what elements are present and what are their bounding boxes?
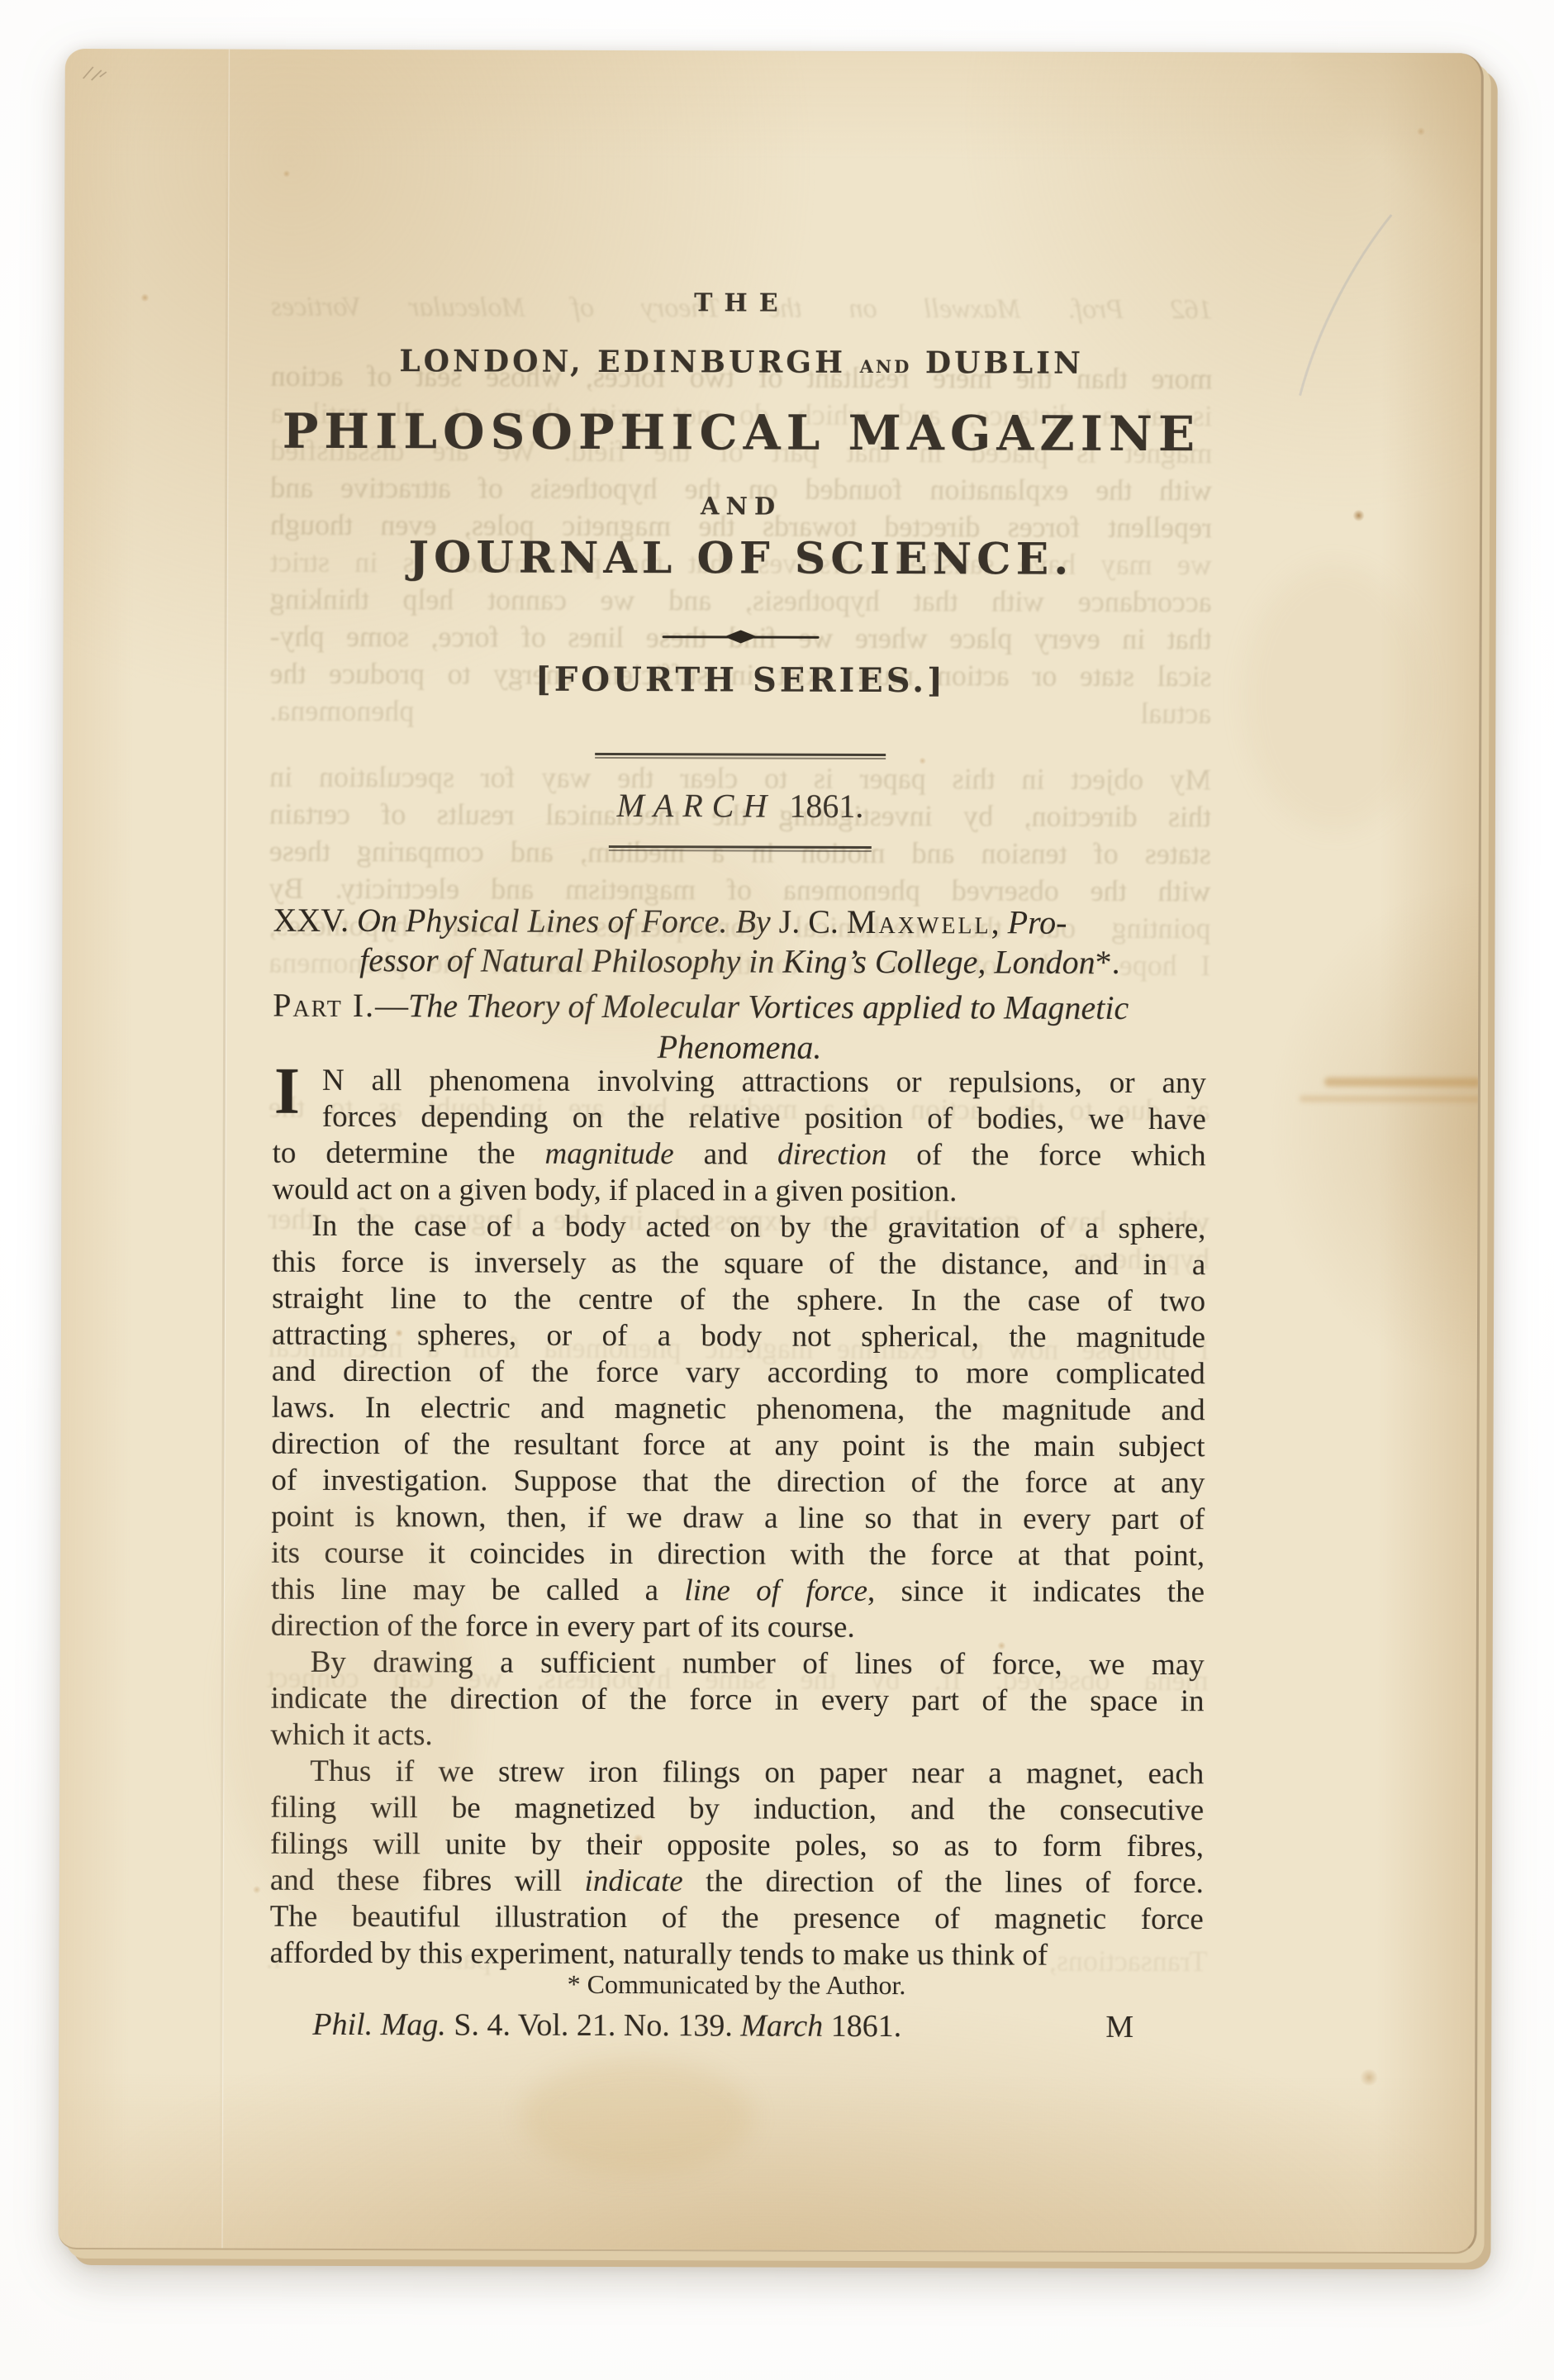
paragraph: Thus if we strew iron filings on paper n…: [270, 1754, 1205, 1975]
body-line: and these fibres will indicate the direc…: [270, 1863, 1204, 1902]
text-segment: filings will unite by their opposite pol…: [270, 1827, 1204, 1864]
text-segment: By drawing a sufficient number of lines …: [311, 1645, 1205, 1682]
masthead-title: PHILOSOPHICAL MAGAZINE: [274, 403, 1208, 463]
text-segment: forces depending on the relative positio…: [322, 1100, 1206, 1136]
body-line: By drawing a sufficient number of lines …: [271, 1645, 1205, 1684]
body-line: filings will unite by their opposite pol…: [270, 1826, 1204, 1866]
article-title: XXV. On Physical Lines of Force. By J. C…: [273, 901, 1206, 983]
text-segment: laws. In electric and magnetic phenomena…: [272, 1391, 1205, 1428]
body-line: direction of the resultant force at any …: [271, 1426, 1205, 1466]
text-segment: March: [740, 2008, 823, 2043]
text-segment: of the force which: [886, 1138, 1205, 1173]
text-segment: [727, 902, 735, 940]
paragraph: In the case of a body acted on by the gr…: [271, 1208, 1206, 1648]
article-body: IN all phenomena involving attractions o…: [270, 1063, 1206, 1975]
pamphlet: 162 Prof. Maxwell on the Theory of Molec…: [58, 49, 1497, 2269]
drop-cap: I: [274, 1059, 300, 1125]
text-segment: LONDON, EDINBURGH: [399, 344, 859, 380]
text-segment: and: [860, 350, 912, 379]
article-title-line-2: fessor of Natural Philosophy in King’s C…: [273, 940, 1206, 983]
text-segment: Phil. Mag.: [312, 2007, 446, 2043]
text-segment: 1861.: [823, 2009, 901, 2044]
body-line: straight line to the centre of the spher…: [272, 1281, 1205, 1321]
text-segment: indicate: [584, 1864, 682, 1898]
signature-mark: M: [1105, 2009, 1133, 2045]
text-segment: and: [674, 1137, 778, 1171]
text-segment: direction of the resultant force at any …: [271, 1427, 1205, 1464]
body-line: would act on a given body, if placed in …: [272, 1172, 1205, 1211]
text-segment: would act on a given body, if placed in …: [272, 1173, 957, 1209]
issue-date: MARCH 1861.: [273, 785, 1207, 827]
text-segment: filing will be magnetized by induction, …: [270, 1791, 1204, 1828]
body-line: point is known, then, if we draw a line …: [271, 1499, 1205, 1539]
text-segment: and direction of the force vary accordin…: [272, 1354, 1205, 1392]
text-segment: —: [375, 987, 408, 1024]
text-segment: DUBLIN: [911, 345, 1084, 381]
text-segment: Pro-: [1008, 904, 1067, 941]
body-line: its course it coincides in direction wit…: [271, 1535, 1205, 1575]
citation-line: Phil. Mag. S. 4. Vol. 21. No. 139. March…: [269, 2007, 901, 2044]
masthead-cities: LONDON, EDINBURGH and DUBLIN: [275, 344, 1209, 382]
masthead-conjunction: AND: [274, 491, 1208, 522]
text-segment: By: [735, 902, 770, 940]
body-line: indicate the direction of the force in e…: [271, 1681, 1205, 1721]
body-line: of investigation. Suppose that the direc…: [271, 1463, 1205, 1502]
text-segment: Phenomena.: [658, 1028, 822, 1066]
part-heading-line-1: Part I.—The Theory of Molecular Vortices…: [273, 985, 1206, 1029]
body-line: forces depending on the relative positio…: [273, 1099, 1206, 1139]
text-segment: The Theory of Molecular Vortices applied…: [408, 987, 1129, 1026]
body-line: laws. In electric and magnetic phenomena…: [272, 1390, 1205, 1430]
printed-content: THE LONDON, EDINBURGH and DUBLIN PHILOSO…: [269, 50, 1209, 2252]
double-rule-bottom: [609, 845, 872, 852]
text-segment: direction of the force in every part of …: [271, 1609, 855, 1645]
text-segment: its course it coincides in direction wit…: [271, 1536, 1205, 1573]
body-line: which it acts.: [270, 1717, 1204, 1757]
text-segment: which it acts.: [270, 1718, 432, 1753]
text-segment: Part I.: [273, 987, 375, 1024]
body-line: this force is inversely as the square of…: [272, 1245, 1205, 1284]
text-segment: Maxwell: [847, 903, 991, 941]
text-segment: 1861.: [781, 788, 863, 825]
text-segment: MARCH: [617, 787, 777, 825]
paragraph: IN all phenomena involving attractions o…: [272, 1063, 1206, 1211]
text-segment: this line may be called a: [271, 1573, 685, 1608]
body-line: attracting spheres, or of a body not sph…: [272, 1317, 1205, 1357]
text-segment: In the case of a body acted on by the gr…: [311, 1209, 1205, 1245]
text-segment: this force is inversely as the square of…: [272, 1245, 1205, 1283]
diamond-icon: [725, 630, 758, 643]
text-segment: the direction of the lines of force.: [683, 1864, 1204, 1900]
text-segment: J. C.: [771, 903, 847, 940]
page-footer: Phil. Mag. S. 4. Vol. 21. No. 139. March…: [269, 2006, 1203, 2046]
text-segment: The beautiful illustration of the presen…: [270, 1900, 1204, 1937]
body-line: direction of the force in every part of …: [271, 1608, 1205, 1648]
text-segment: indicate the direction of the force in e…: [271, 1682, 1205, 1719]
footnote: * Communicated by the Author.: [269, 1968, 1203, 2002]
text-segment: , since it indicates the: [867, 1574, 1205, 1609]
text-segment: fessor of Natural Philosophy in King’s C…: [359, 941, 1095, 981]
text-segment: straight line to the centre of the spher…: [272, 1282, 1205, 1319]
body-line: In the case of a body acted on by the gr…: [272, 1208, 1205, 1248]
text-segment: of investigation. Suppose that the direc…: [271, 1464, 1205, 1501]
body-line: The beautiful illustration of the presen…: [270, 1899, 1204, 1939]
text-segment: magnitude: [544, 1137, 673, 1171]
double-rule-top: [595, 753, 886, 759]
text-segment: XXV.: [273, 902, 357, 939]
part-heading: Part I.—The Theory of Molecular Vortices…: [273, 985, 1206, 1069]
article-title-line-1: XXV. On Physical Lines of Force. By J. C…: [273, 901, 1206, 944]
text-segment: N all phenomena involving attractions or…: [322, 1064, 1206, 1100]
text-segment: S. 4. Vol. 21. No. 139.: [446, 2007, 741, 2043]
masthead-subtitle: JOURNAL OF SCIENCE.: [274, 532, 1208, 586]
body-line: filing will be magnetized by induction, …: [270, 1790, 1204, 1830]
photo-background: 162 Prof. Maxwell on the Theory of Molec…: [0, 0, 1554, 2380]
text-segment: direction: [777, 1138, 886, 1172]
body-line: Thus if we strew iron filings on paper n…: [270, 1754, 1204, 1793]
body-line: and direction of the force vary accordin…: [272, 1354, 1205, 1393]
body-line: this line may be called a line of force,…: [271, 1572, 1205, 1611]
paragraph: By drawing a sufficient number of lines …: [270, 1645, 1204, 1757]
masthead-the: THE: [275, 288, 1209, 320]
text-segment: ,: [991, 903, 1008, 940]
diamond-rule-ornament: [663, 629, 820, 645]
text-segment: to determine the: [273, 1136, 545, 1171]
text-segment: Thus if we strew iron filings on paper n…: [310, 1754, 1204, 1791]
text-segment: and these fibres will: [270, 1864, 585, 1898]
text-segment: line of force: [684, 1573, 867, 1608]
journal-page: 162 Prof. Maxwell on the Theory of Molec…: [58, 49, 1483, 2254]
text-segment: afforded by this experiment, naturally t…: [270, 1936, 1048, 1973]
series-label: [FOURTH SERIES.]: [273, 659, 1207, 702]
text-segment: attracting spheres, or of a body not sph…: [272, 1318, 1205, 1355]
text-segment: On Physical Lines of Force.: [357, 902, 728, 940]
body-line: N all phenomena involving attractions or…: [273, 1063, 1206, 1102]
text-segment: *.: [1095, 944, 1120, 981]
body-line: to determine the magnitude and direction…: [273, 1135, 1206, 1175]
text-segment: point is known, then, if we draw a line …: [271, 1500, 1205, 1537]
